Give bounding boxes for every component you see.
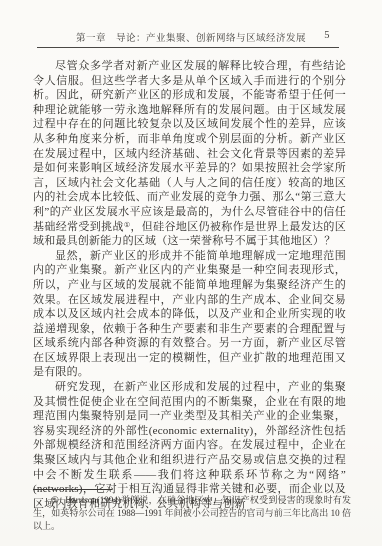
scanned-book-page: 第一章导论：产业集聚、创新网络与区域经济发展 5 尽管众多学者对新产业区发展的解… — [0, 0, 382, 546]
page-header: 第一章导论：产业集聚、创新网络与区域经济发展 5 — [0, 30, 382, 45]
page-number: 5 — [324, 30, 330, 41]
footnote-separator — [33, 489, 112, 490]
paragraph-3: 研究发现，在新产业区形成和发展的过程中，产业的集聚及其惯性促使企业在空间范围内的… — [33, 380, 346, 511]
footnote-marker: ① — [51, 495, 59, 505]
header-rule — [37, 47, 339, 48]
chapter-label: 第一章 — [76, 34, 106, 44]
paragraph-1: 尽管众多学者对新产业区发展的解释比较合理，有些结论令人信服。但这些学者大多是从单… — [33, 59, 346, 249]
footnote: ①Harrison(1994)举例说，在硅谷地区中，知识产权受到侵害的现象时有发… — [33, 494, 351, 533]
paragraph-1-text: 尽管众多学者对新产业区发展的解释比较合理，有些结论令人信服。但这些学者大多是从单… — [33, 60, 346, 233]
paragraph-2: 显然，新产业区的形成并不能简单地理解成一定地理范围内的产业集聚。新产业区内的产业… — [33, 249, 346, 380]
chapter-title: 导论：产业集聚、创新网络与区域经济发展 — [116, 34, 306, 44]
footnote-text: Harrison(1994)举例说，在硅谷地区中，知识产权受到侵害的现象时有发生… — [33, 495, 351, 531]
body-text: 尽管众多学者对新产业区发展的解释比较合理，有些结论令人信服。但这些学者大多是从单… — [33, 59, 346, 511]
